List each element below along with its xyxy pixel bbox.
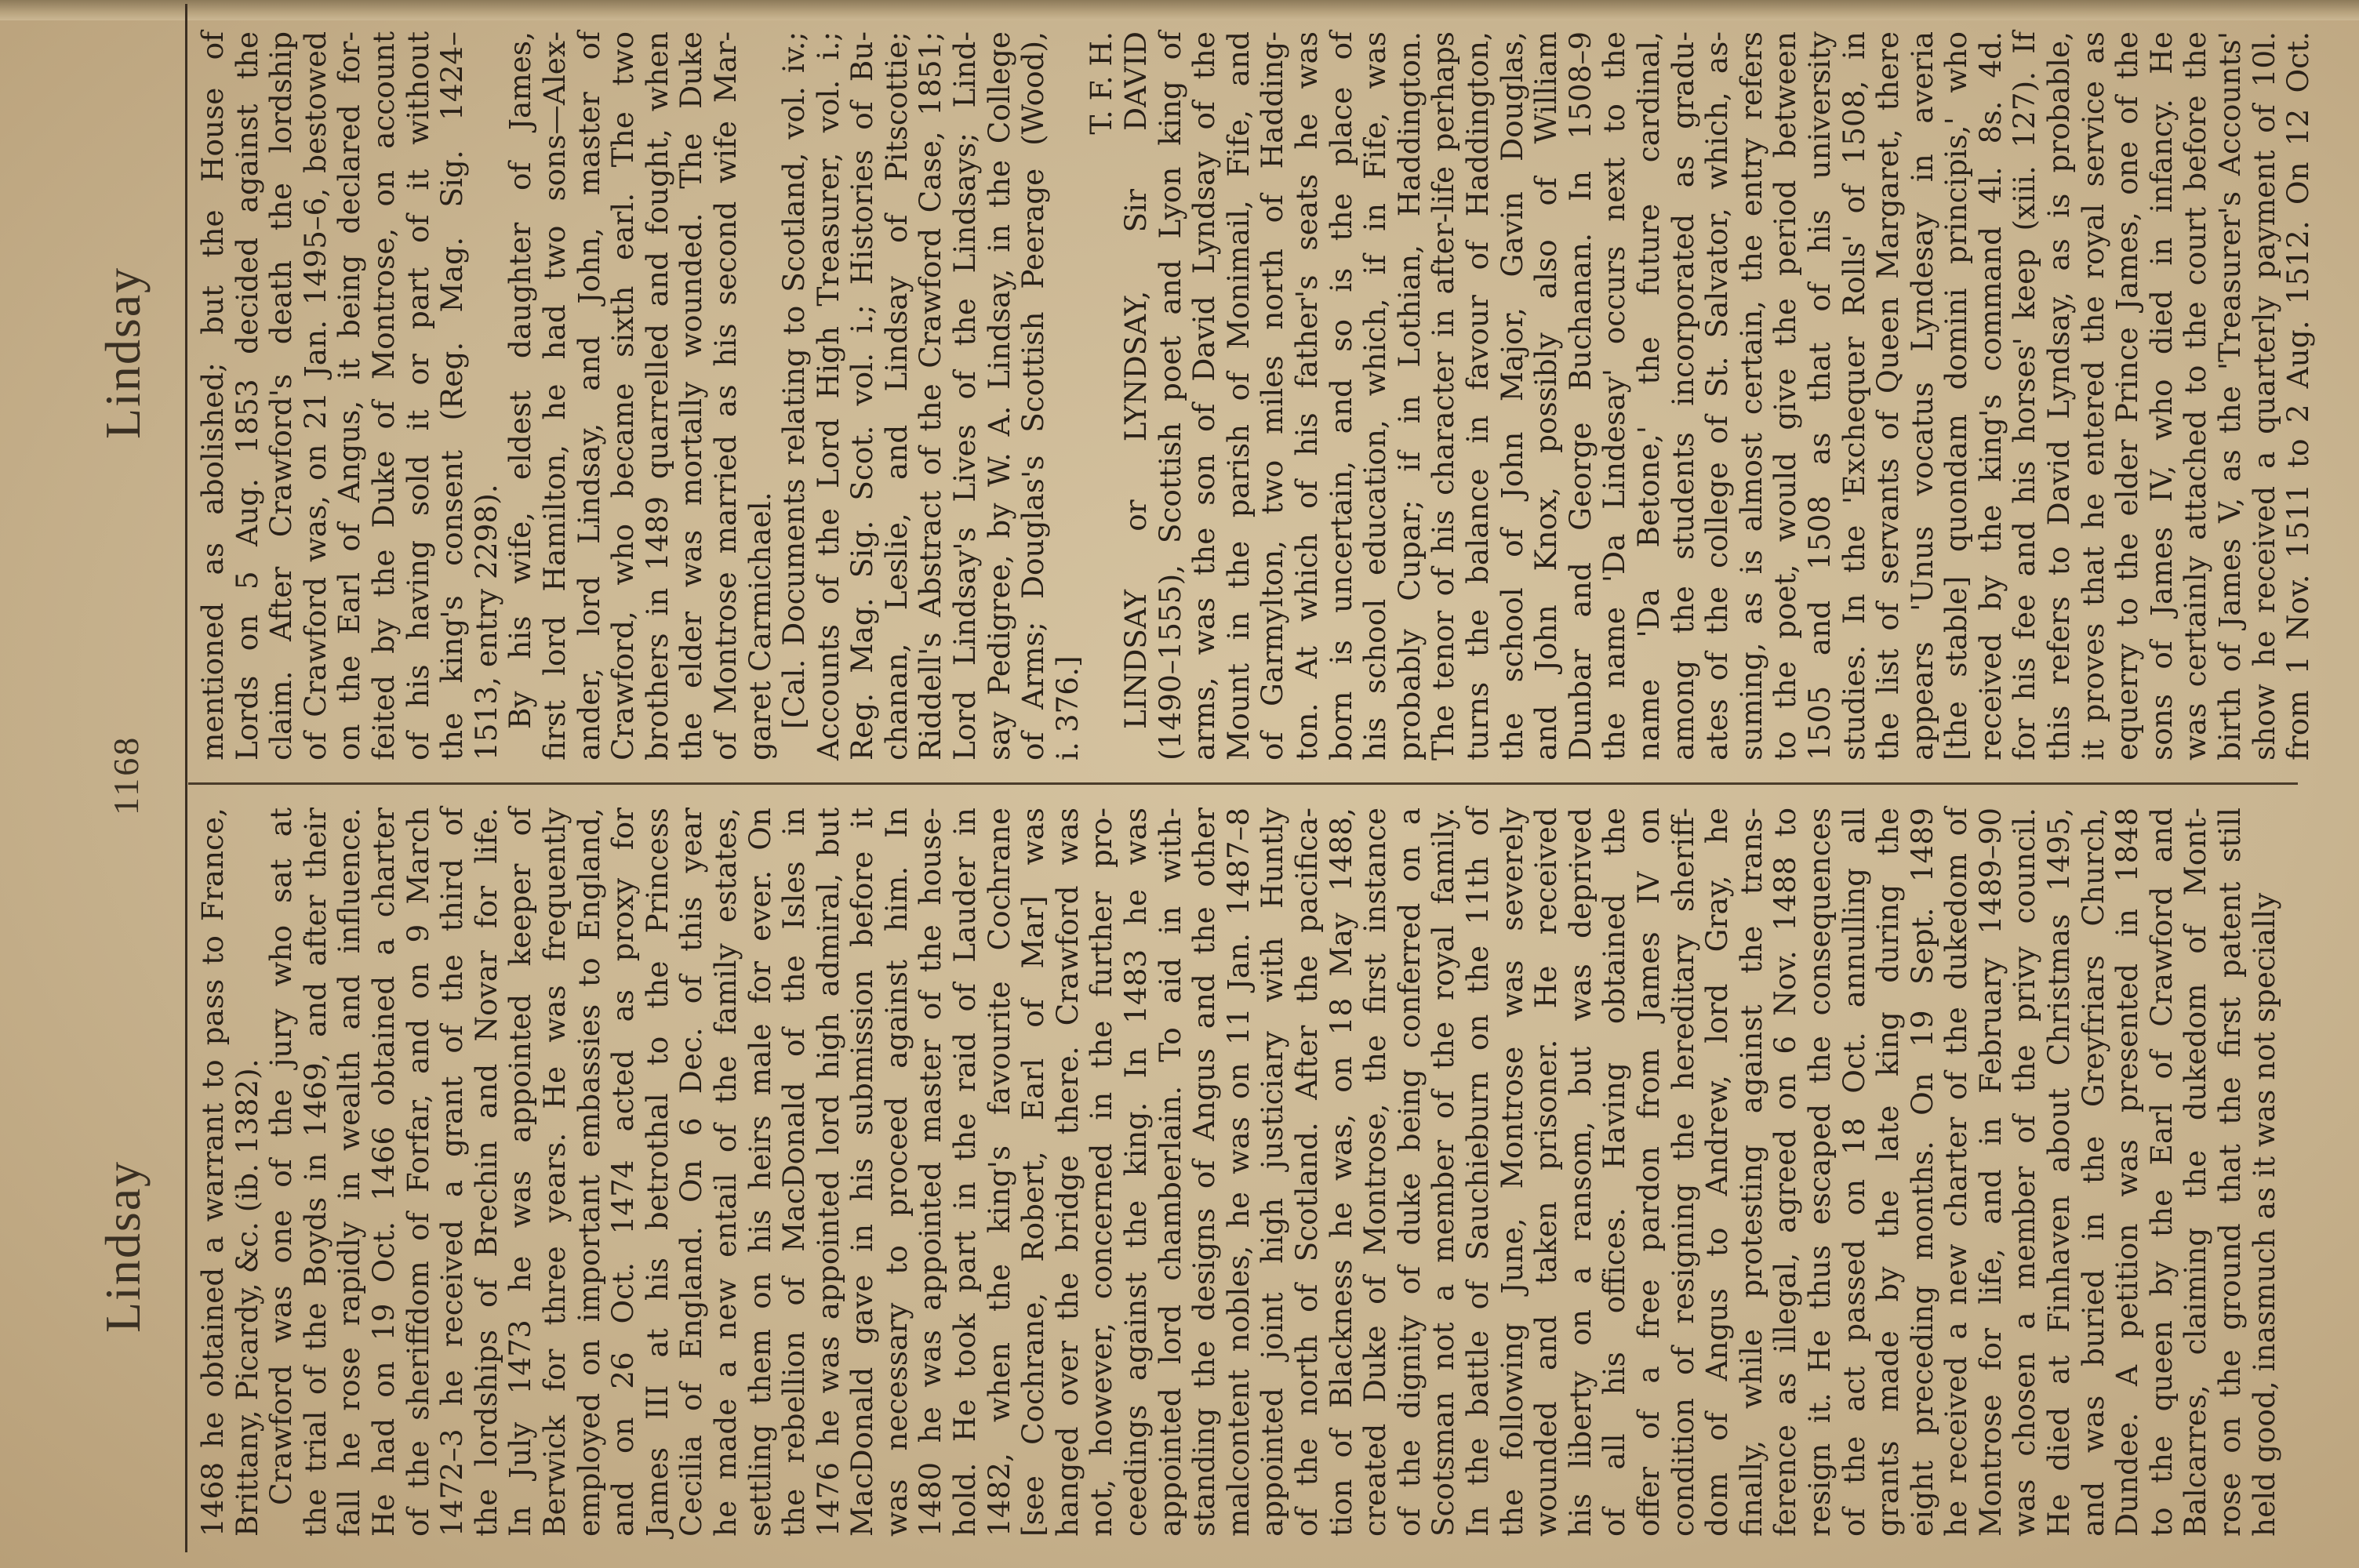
text-line: garet Carmichael.: [743, 31, 778, 760]
text-line: he received a new charter of the dukedom…: [1939, 808, 1974, 1537]
text-line: The tenor of his character in after-life…: [1427, 31, 1461, 760]
text-line: of the north of Scotland. After the paci…: [1290, 808, 1325, 1537]
text-line: name 'Da Betone,' the future cardinal,: [1632, 31, 1667, 760]
text-line: of the sheriffdom of Forfar, and on 9 Ma…: [402, 808, 436, 1537]
text-line: ton. At which of his father's seats he w…: [1290, 31, 1325, 760]
text-line: claim. After Crawford's death the lordsh…: [264, 31, 299, 760]
text-line: his liberty on a ransom, but was deprive…: [1564, 808, 1598, 1537]
text-line: the name 'Da Lindesay' occurs next to th…: [1598, 31, 1632, 760]
text-line: offer of a free pardon from James IV on: [1632, 808, 1667, 1537]
text-line: Crawford was one of the jury who sat at: [264, 808, 299, 1537]
text-line: Lords on 5 Aug. 1853 decided against the: [231, 31, 265, 760]
text-line: on the Earl of Angus, it being declared …: [333, 31, 367, 760]
text-line: and on 26 Oct. 1474 acted as proxy for: [606, 808, 641, 1537]
text-line: the rebellion of MacDonald of the Isles …: [777, 808, 812, 1537]
text-line: dom of Angus to Andrew, lord Gray, he: [1700, 808, 1735, 1537]
text-line: the following June, Montrose was severel…: [1496, 808, 1530, 1537]
header-rule: [185, 4, 187, 1552]
text-line: wounded and taken prisoner. He received: [1529, 808, 1564, 1537]
text-line: was certainly attached to the court befo…: [2179, 31, 2213, 760]
text-line: Montrose for life, and in February 1489–…: [1974, 808, 2008, 1537]
text-line: probably Cupar; if in Lothian, Haddingto…: [1393, 31, 1427, 760]
text-line: finally, while protesting against the tr…: [1735, 808, 1769, 1537]
text-line: Berwick for three years. He was frequent…: [538, 808, 572, 1537]
text-line: of Arms; Douglas's Scottish Peerage (Woo…: [1016, 31, 1051, 760]
text-line: first lord Hamilton, he had two sons—Ale…: [538, 31, 572, 760]
text-line: [the stable] quondam domini principis,' …: [1939, 31, 1974, 760]
text-line: of the act passed on 18 Oct. annulling a…: [1837, 808, 1872, 1537]
text-line: brothers in 1489 quarrelled and fought, …: [641, 31, 675, 760]
text-line: hold. He took part in the raid of Lauder…: [948, 808, 983, 1537]
text-line: Balcarres, claiming the dukedom of Mont-: [2179, 808, 2213, 1537]
text-line: Cecilia of England. On 6 Dec. of this ye…: [674, 808, 709, 1537]
text-line: fall he rose rapidly in wealth and influ…: [333, 808, 367, 1537]
text-line: 1472–3 he received a grant of the third …: [435, 808, 470, 1537]
text-line: eight preceding months. On 19 Sept. 1489: [1906, 808, 1940, 1537]
text-line: Crawford, who became sixth earl. The two: [606, 31, 641, 760]
text-line: appears 'Unus vocatus Lyndesay in averia: [1906, 31, 1940, 760]
text-line: this refers to David Lyndsay, as is prob…: [2042, 31, 2077, 760]
text-line: Brittany, Picardy, &c. (ib. 1382).: [231, 808, 265, 1537]
text-line: settling them on his heirs male for ever…: [743, 808, 778, 1537]
text-line: the school of John Major, Gavin Douglas,: [1496, 31, 1530, 760]
text-line: Scotsman not a member of the royal famil…: [1427, 808, 1461, 1537]
text-line: ceedings against the king. In 1483 he wa…: [1119, 808, 1154, 1537]
text-line: tion of Blackness he was, on 18 May 1488…: [1325, 808, 1359, 1537]
text-line: appointed lord chamberlain. To aid in wi…: [1154, 808, 1188, 1537]
text-line: equerry to the elder Prince James, one o…: [2110, 31, 2145, 760]
text-line: he made a new entail of the family estat…: [709, 808, 743, 1537]
text-line: sons of James IV, who died in infancy. H…: [2145, 31, 2179, 760]
text-line: James III at his betrothal to the Prince…: [641, 808, 675, 1537]
text-line: 1505 and 1508 as that of his university: [1803, 31, 1837, 760]
text-line: Dunbar and George Buchanan. In 1508–9: [1564, 31, 1598, 760]
text-line: 1476 he was appointed lord high admiral,…: [812, 808, 846, 1537]
text-line: and John Knox, possibly also of William: [1529, 31, 1564, 760]
text-line: and was buried in the Greyfriars Church,: [2077, 808, 2111, 1537]
text-line: LINDSAY or LYNDSAY, Sir DAVID: [1119, 31, 1154, 760]
text-line: the list of servants of Queen Margaret, …: [1871, 31, 1906, 760]
text-line: of Garmylton, two miles north of Hadding…: [1256, 31, 1290, 760]
text-line: condition of resigning the hereditary sh…: [1667, 808, 1701, 1537]
text-line: the lordships of Brechin and Novar for l…: [470, 808, 504, 1537]
text-line: Lord Lindsay's Lives of the Lindsays; Li…: [948, 31, 983, 760]
text-line: Reg. Mag. Sig. Scot. vol. i.; Histories …: [845, 31, 880, 760]
text-line: arms, was the son of David Lyndsay of th…: [1187, 31, 1222, 760]
left-column: 1468 he obtained a warrant to pass to Fr…: [196, 808, 2281, 1537]
text-line: it proves that he entered the royal serv…: [2077, 31, 2111, 760]
text-line: T. F. H.: [1085, 31, 1119, 760]
text-line: chanan, Leslie, and Lindsay of Pitscotti…: [880, 31, 914, 760]
text-line: Accounts of the Lord High Treasurer, vol…: [812, 31, 846, 760]
text-line: ates of the college of St. Salvator, whi…: [1700, 31, 1735, 760]
text-line: created Duke of Montrose, the first inst…: [1358, 808, 1393, 1537]
text-line: was chosen a member of the privy council…: [2008, 808, 2042, 1537]
text-line: hanged over the bridge there. Crawford w…: [1051, 808, 1085, 1537]
text-line: the elder was mortally wounded. The Duke: [674, 31, 709, 760]
text-line: studies. In the 'Exchequer Rolls' of 150…: [1837, 31, 1872, 760]
text-line: grants made by the late king during the: [1871, 808, 1906, 1537]
text-line: He had on 19 Oct. 1466 obtained a charte…: [367, 808, 402, 1537]
text-line: standing the designs of Angus and the ot…: [1187, 808, 1222, 1537]
text-line: appointed joint high justiciary with Hun…: [1256, 808, 1290, 1537]
text-line: turns the balance in favour of Haddingto…: [1461, 31, 1496, 760]
text-line: to the poet, would give the period betwe…: [1768, 31, 1803, 760]
text-line: for his fee and his horses' keep (xiii. …: [2008, 31, 2042, 760]
running-head: Lindsay 1168 Lindsay: [94, 0, 157, 1568]
text-line: the trial of the Boyds in 1469, and afte…: [299, 808, 333, 1537]
column-divider: [188, 782, 2298, 785]
text-line: i. 376.]: [1051, 31, 1085, 760]
text-line: mentioned as abolished; but the House of: [196, 31, 231, 760]
text-line: the king's consent (Reg. Mag. Sig. 1424–: [435, 31, 470, 760]
text-line: of Crawford was, on 21 Jan. 1495–6, best…: [299, 31, 333, 760]
running-head-right: Lindsay: [94, 267, 152, 439]
text-line: employed on important embassies to Engla…: [572, 808, 607, 1537]
text-line: of Montrose married as his second wife M…: [709, 31, 743, 760]
text-line: malcontent nobles, he was on 11 Jan. 148…: [1222, 808, 1256, 1537]
text-line: was necessary to proceed against him. In: [880, 808, 914, 1537]
text-line: of his having sold it or part of it with…: [402, 31, 436, 760]
running-head-left: Lindsay: [94, 1160, 152, 1333]
page-number: 1168: [105, 735, 147, 815]
text-line: from 1 Nov. 1511 to 2 Aug. 1512. On 12 O…: [2281, 31, 2316, 760]
text-line: By his wife, eldest daughter of James,: [503, 31, 538, 760]
text-line: Mount in the parish of Monimail, Fife, a…: [1222, 31, 1256, 760]
text-line: ander, lord Lindsay, and John, master of: [572, 31, 607, 760]
text-line: Riddell's Abstract of the Crawford Case,…: [914, 31, 948, 760]
text-line: [see Cochrane, Robert, Earl of Mar] was: [1016, 808, 1051, 1537]
text-line: held good, inasmuch as it was not specia…: [2248, 808, 2282, 1537]
text-line: In the battle of Sauchieburn on the 11th…: [1461, 808, 1496, 1537]
text-line: among the students incorporated as gradu…: [1667, 31, 1701, 760]
text-line: not, however, concerned in the further p…: [1085, 808, 1119, 1537]
text-line: 1480 he was appointed master of the hous…: [914, 808, 948, 1537]
text-line: received by the king's command 4l. 8s. 4…: [1974, 31, 2008, 760]
right-column: mentioned as abolished; but the House of…: [196, 31, 2316, 760]
book-page: Lindsay 1168 Lindsay 1468 he obtained a …: [0, 0, 2359, 1568]
text-line: He died at Finhaven about Christmas 1495…: [2042, 808, 2077, 1537]
text-line: his school education, which, if in Fife,…: [1358, 31, 1393, 760]
text-line: (1490–1555), Scottish poet and Lyon king…: [1154, 31, 1188, 760]
text-line: feited by the Duke of Montrose, on accou…: [367, 31, 402, 760]
text-line: Dundee. A petition was presented in 1848: [2110, 808, 2145, 1537]
text-line: rose on the ground that the first patent…: [2213, 808, 2248, 1537]
text-line: 1468 he obtained a warrant to pass to Fr…: [196, 808, 231, 1537]
text-line: show he received a quarterly payment of …: [2248, 31, 2282, 760]
text-line: 1513, entry 2298).: [470, 31, 504, 760]
text-line: In July 1473 he was appointed keeper of: [503, 808, 538, 1537]
text-line: resign it. He thus escaped the consequen…: [1803, 808, 1837, 1537]
text-line: of the dignity of duke being conferred o…: [1393, 808, 1427, 1537]
text-line: 1482, when the king's favourite Cochrane: [983, 808, 1017, 1537]
text-line: ference as illegal, agreed on 6 Nov. 148…: [1768, 808, 1803, 1537]
text-line: birth of James V, as the 'Treasurer's Ac…: [2213, 31, 2248, 760]
text-line: [Cal. Documents relating to Scotland, vo…: [777, 31, 812, 760]
text-line: born is uncertain, and so is the place o…: [1325, 31, 1359, 760]
text-line: of all his offices. Having obtained the: [1598, 808, 1632, 1537]
text-line: MacDonald gave in his submission before …: [845, 808, 880, 1537]
text-line: to the queen by the Earl of Crawford and: [2145, 808, 2179, 1537]
text-line: suming, as is almost certain, the entry …: [1735, 31, 1769, 760]
text-line: say Pedigree, by W. A. Lindsay, in the C…: [983, 31, 1017, 760]
